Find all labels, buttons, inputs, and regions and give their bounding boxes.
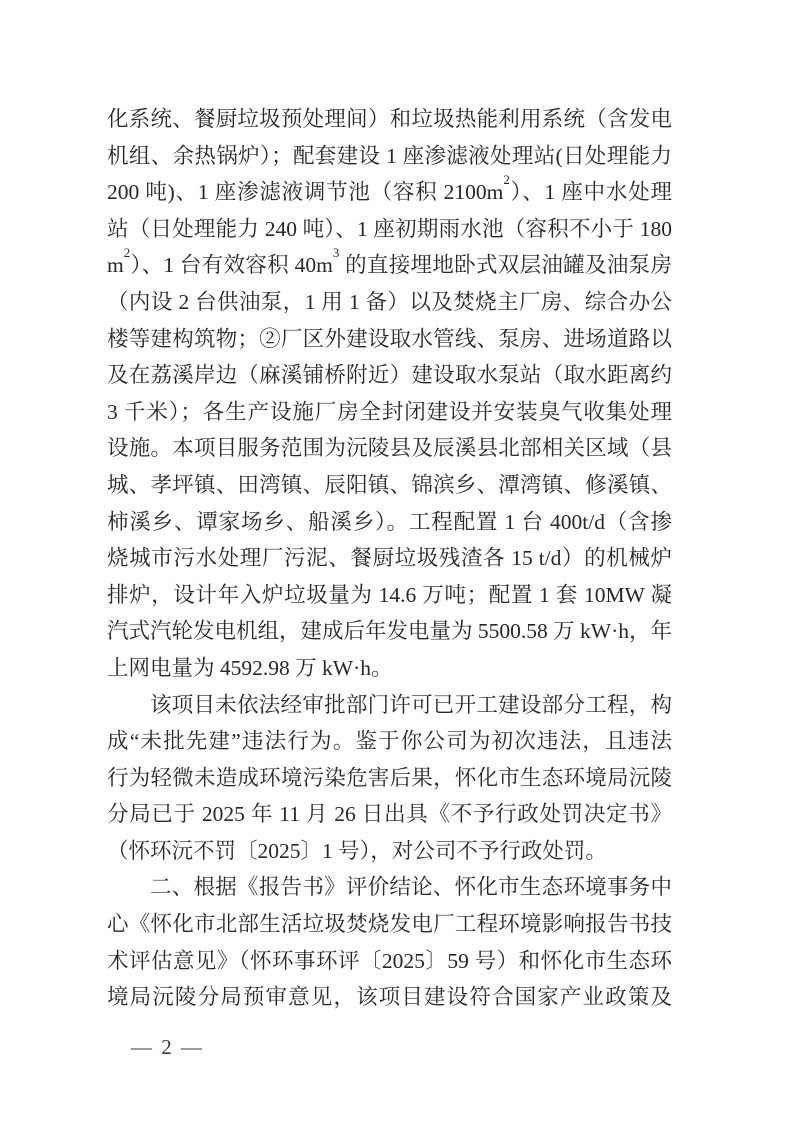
text-segment: 境局沅陵分局预审意见，该项目建设符合国家产业政策及 (107, 985, 672, 1009)
text-line: 二、根据《报告书》评价结论、怀化市生态环境事务中 (107, 869, 672, 906)
paragraph-2: 该项目未依法经审批部门许可已开工建设部分工程，构成“未批先建”违法行为。鉴于你公… (107, 687, 672, 870)
text-line: 设施。本项目服务范围为沅陵县及辰溪县北部相关区域（县 (107, 430, 672, 467)
text-segment: ）、1 台有效容积 40m (130, 253, 333, 277)
text-segment: 分局已于 2025 年 11 月 26 日出具《不予行政处罚决定书》 (107, 802, 672, 826)
text-segment: 二、根据《报告书》评价结论、怀化市生态环境事务中 (150, 875, 672, 899)
text-line: 汽式汽轮发电机组，建成后年发电量为 5500.58 万 kW·h，年 (107, 613, 672, 650)
text-line: 机组、余热锅炉）；配套建设 1 座渗滤液处理站(日处理能力 (107, 138, 672, 175)
text-line: 柿溪乡、谭家场乡、船溪乡）。工程配置 1 台 400t/d（含掺 (107, 504, 672, 541)
superscript: 2 (124, 245, 131, 260)
text-segment: 站（日处理能力 240 吨）、1 座初期雨水池（容积不小于 180 (107, 217, 672, 241)
paragraph-3: 二、根据《报告书》评价结论、怀化市生态环境事务中心《怀化市北部生活垃圾焚烧发电厂… (107, 869, 672, 1015)
text-line: 烧城市污水处理厂污泥、餐厨垃圾残渣各 15 t/d）的机械炉 (107, 540, 672, 577)
text-segment: 汽式汽轮发电机组，建成后年发电量为 5500.58 万 kW·h，年 (107, 619, 672, 643)
superscript: 2 (503, 172, 510, 187)
text-segment: （怀环沅不罚〔2025〕1 号），对公司不予行政处罚。 (107, 839, 607, 863)
text-segment: 及在荔溪岸边（麻溪铺桥附近）建设取水泵站（取水距离约 (107, 363, 672, 387)
text-line: 成“未批先建”违法行为。鉴于你公司为初次违法，且违法 (107, 723, 672, 760)
text-line: 分局已于 2025 年 11 月 26 日出具《不予行政处罚决定书》 (107, 796, 672, 833)
text-line: 心《怀化市北部生活垃圾焚烧发电厂工程环境影响报告书技 (107, 906, 672, 943)
text-line: 行为轻微未造成环境污染危害后果，怀化市生态环境局沅陵 (107, 760, 672, 797)
text-segment: 楼等建构筑物；②厂区外建设取水管线、泵房、进场道路以 (107, 327, 672, 351)
document-body: 化系统、餐厨垃圾预处理间）和垃圾热能利用系统（含发电机组、余热锅炉）；配套建设 … (107, 101, 672, 1016)
document-page: 化系统、餐厨垃圾预处理间）和垃圾热能利用系统（含发电机组、余热锅炉）；配套建设 … (0, 0, 793, 1122)
text-line: 楼等建构筑物；②厂区外建设取水管线、泵房、进场道路以 (107, 321, 672, 358)
text-line: 城、孝坪镇、田湾镇、辰阳镇、锦滨乡、潭湾镇、修溪镇、 (107, 467, 672, 504)
text-line: 及在荔溪岸边（麻溪铺桥附近）建设取水泵站（取水距离约 (107, 357, 672, 394)
text-line: （怀环沅不罚〔2025〕1 号），对公司不予行政处罚。 (107, 833, 672, 870)
text-segment: 术评估意见》（怀环事环评〔2025〕59 号）和怀化市生态环 (107, 949, 672, 973)
text-segment: m (107, 253, 124, 277)
text-segment: 成“未批先建”违法行为。鉴于你公司为初次违法，且违法 (107, 729, 672, 753)
text-line: 术评估意见》（怀环事环评〔2025〕59 号）和怀化市生态环 (107, 943, 672, 980)
text-segment: 3 千米）；各生产设施厂房全封闭建设并安装臭气收集处理 (107, 400, 672, 424)
paragraph-1: 化系统、餐厨垃圾预处理间）和垃圾热能利用系统（含发电机组、余热锅炉）；配套建设 … (107, 101, 672, 687)
text-line: 化系统、餐厨垃圾预处理间）和垃圾热能利用系统（含发电 (107, 101, 672, 138)
text-segment: ）、1 座中水处理 (510, 180, 672, 204)
text-line: 境局沅陵分局预审意见，该项目建设符合国家产业政策及 (107, 979, 672, 1016)
text-line: 3 千米）；各生产设施厂房全封闭建设并安装臭气收集处理 (107, 394, 672, 431)
page-number: — 2 — (131, 1034, 204, 1060)
text-line: 200 吨)、1 座渗滤液调节池（容积 2100m2）、1 座中水处理 (107, 174, 672, 211)
text-segment: 城、孝坪镇、田湾镇、辰阳镇、锦滨乡、潭湾镇、修溪镇、 (107, 473, 672, 497)
text-segment: （内设 2 台供油泵，1 用 1 备）以及焚烧主厂房、综合办公 (107, 290, 672, 314)
text-segment: 烧城市污水处理厂污泥、餐厨垃圾残渣各 15 t/d）的机械炉 (107, 546, 672, 570)
text-segment: 机组、余热锅炉）；配套建设 1 座渗滤液处理站(日处理能力 (107, 144, 672, 168)
text-segment: 排炉，设计年入炉垃圾量为 14.6 万吨；配置 1 套 10MW 凝 (107, 583, 672, 607)
superscript: 3 (333, 245, 340, 260)
text-segment: 的直接埋地卧式双层油罐及油泵房 (339, 253, 672, 277)
text-line: 上网电量为 4592.98 万 kW·h。 (107, 650, 672, 687)
text-line: 站（日处理能力 240 吨）、1 座初期雨水池（容积不小于 180 (107, 211, 672, 248)
text-segment: 上网电量为 4592.98 万 kW·h。 (107, 656, 392, 680)
text-segment: 该项目未依法经审批部门许可已开工建设部分工程，构 (150, 693, 672, 717)
text-segment: 行为轻微未造成环境污染危害后果，怀化市生态环境局沅陵 (107, 766, 672, 790)
text-segment: 设施。本项目服务范围为沅陵县及辰溪县北部相关区域（县 (107, 436, 672, 460)
text-line: 排炉，设计年入炉垃圾量为 14.6 万吨；配置 1 套 10MW 凝 (107, 577, 672, 614)
text-segment: 200 吨)、1 座渗滤液调节池（容积 2100m (107, 180, 503, 204)
text-line: （内设 2 台供油泵，1 用 1 备）以及焚烧主厂房、综合办公 (107, 284, 672, 321)
text-line: 该项目未依法经审批部门许可已开工建设部分工程，构 (107, 687, 672, 724)
text-segment: 心《怀化市北部生活垃圾焚烧发电厂工程环境影响报告书技 (107, 912, 672, 936)
text-segment: 化系统、餐厨垃圾预处理间）和垃圾热能利用系统（含发电 (107, 107, 672, 131)
text-segment: 柿溪乡、谭家场乡、船溪乡）。工程配置 1 台 400t/d（含掺 (107, 510, 672, 534)
text-line: m2）、1 台有效容积 40m3 的直接埋地卧式双层油罐及油泵房 (107, 247, 672, 284)
